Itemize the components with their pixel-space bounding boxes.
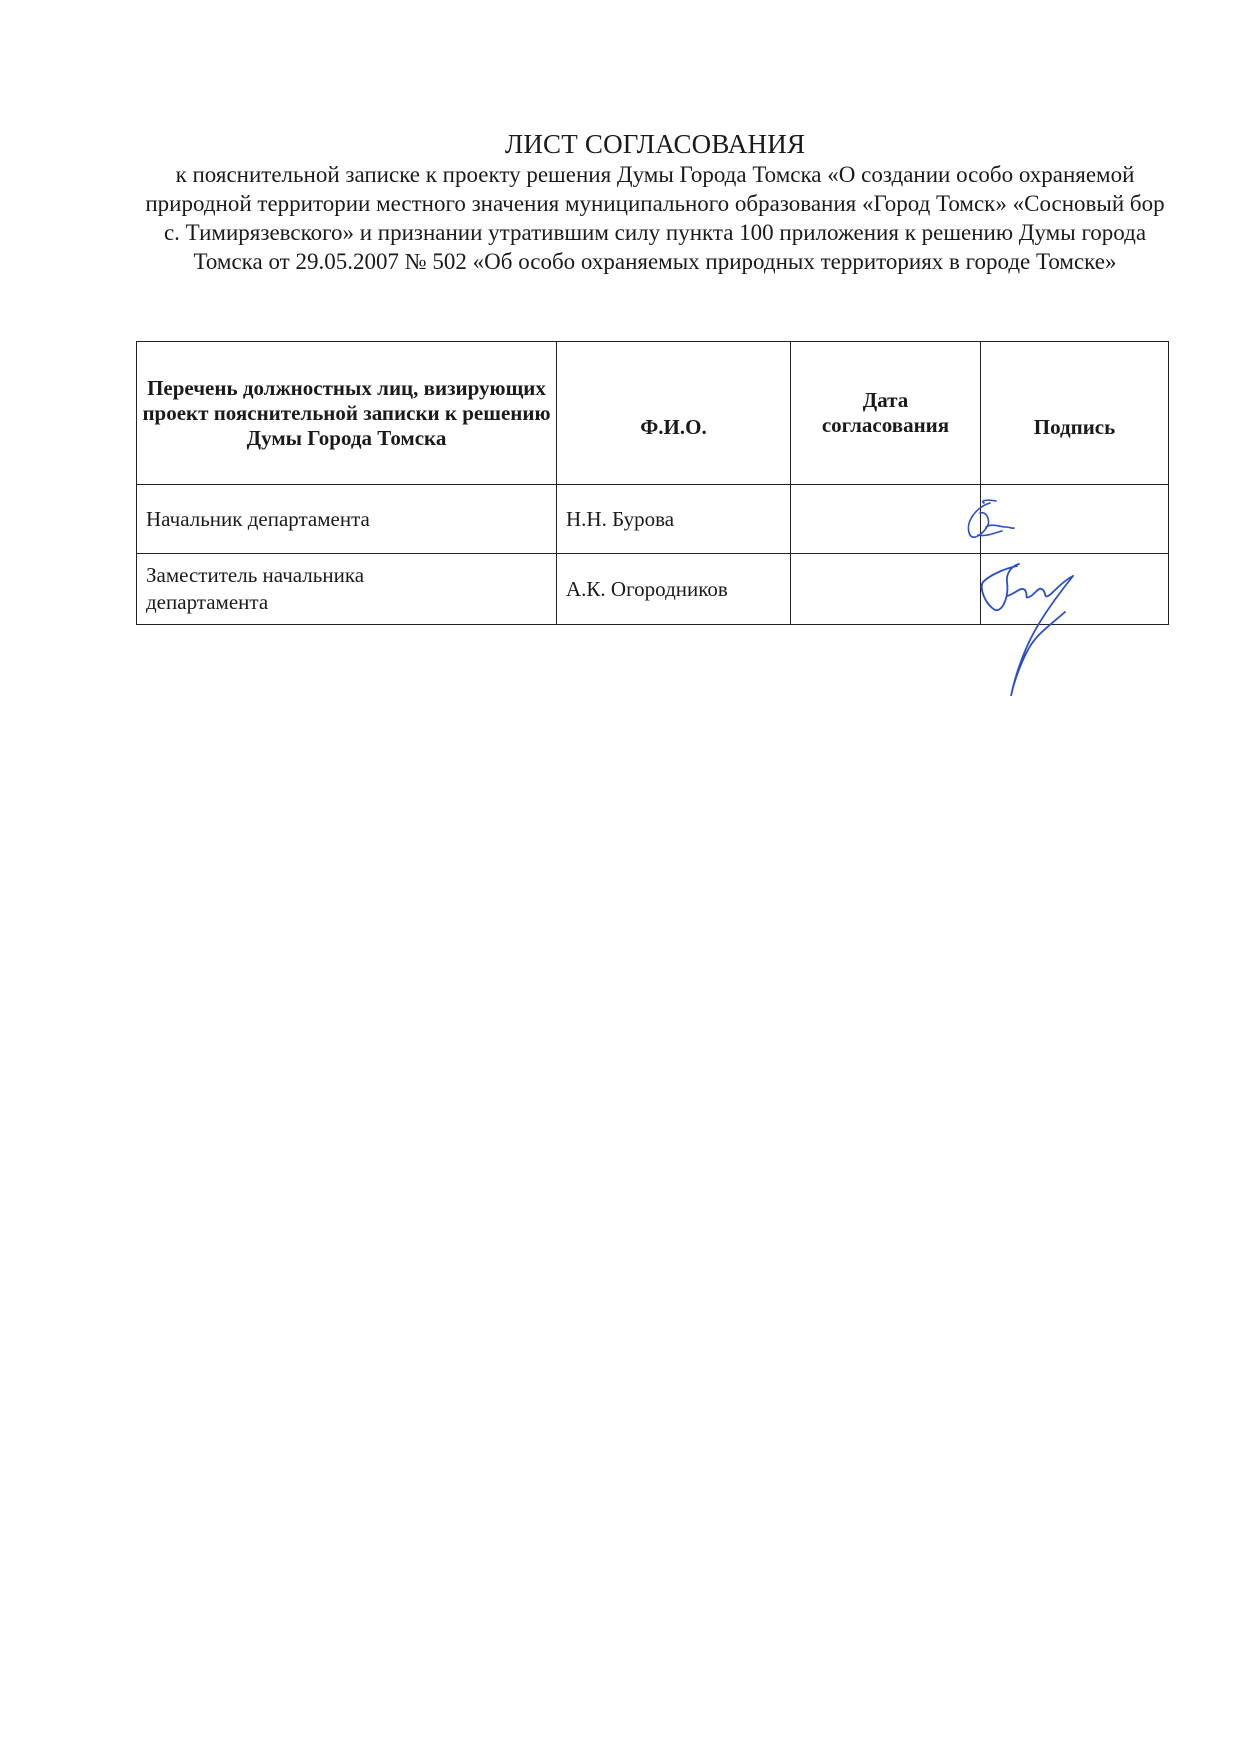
table-header-row: Перечень должностных лиц, визирующих про… (137, 342, 1169, 485)
cell-name: А.К. Огородников (557, 554, 791, 625)
table-row: Заместитель начальника департамента А.К.… (137, 554, 1169, 625)
header-date-label: Дата согласования (811, 388, 961, 438)
approval-table: Перечень должностных лиц, визирующих про… (136, 341, 1169, 625)
cell-signature (981, 554, 1169, 625)
header-positions: Перечень должностных лиц, визирующих про… (137, 342, 557, 485)
document-title: ЛИСТ СОГЛАСОВАНИЯ (140, 128, 1170, 160)
header-date: Дата согласования (791, 342, 981, 485)
cell-signature (981, 485, 1169, 554)
document-heading: ЛИСТ СОГЛАСОВАНИЯ к пояснительной записк… (140, 128, 1170, 276)
cell-name: Н.Н. Бурова (557, 485, 791, 554)
signature-icon (979, 556, 1089, 706)
signature-icon (956, 497, 1026, 543)
table-row: Начальник департамента Н.Н. Бурова (137, 485, 1169, 554)
cell-date (791, 485, 981, 554)
cell-date (791, 554, 981, 625)
header-fio: Ф.И.О. (557, 342, 791, 485)
header-signature: Подпись (981, 342, 1169, 485)
cell-position: Начальник департамента (137, 485, 557, 554)
document-subtitle: к пояснительной записке к проекту решени… (140, 160, 1170, 276)
cell-position: Заместитель начальника департамента (137, 554, 557, 625)
